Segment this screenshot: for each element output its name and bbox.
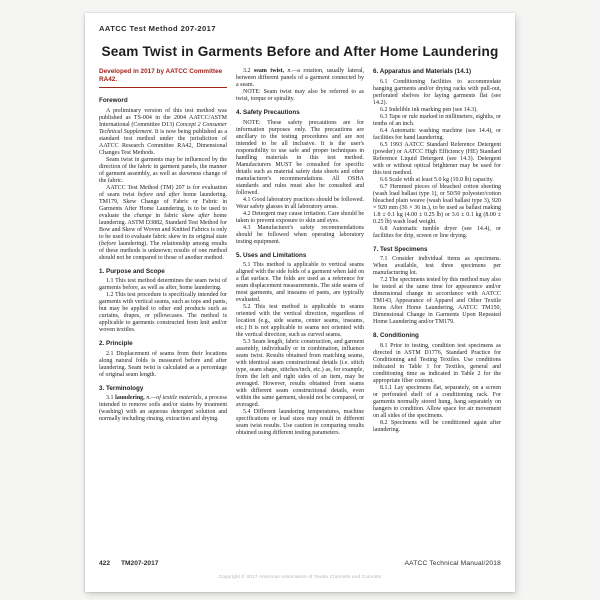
text-run: 2.1 Displacement of seams from their loc… [99,351,227,378]
text-run: 2. Principle [99,340,133,347]
paragraph: 5.4 Different laundering temperatures, m… [236,409,364,437]
document-header: AATCC Test Method 207-2017 [99,24,501,33]
paragraph: 6.3 Tape or rule marked in millimeters, … [373,114,501,128]
text-run: 5.4 Different laundering temperatures, m… [236,409,364,436]
text-run: 6.4 Automatic washing machine (see 14.4)… [373,128,501,141]
section-heading: Foreword [99,97,227,104]
column-1: Developed in 2017 by AATCC Committee RA4… [99,68,227,437]
text-run: 5. Uses and Limitations [236,252,306,259]
paragraph: 6.2 Indelible ink marking pen (see 14.3)… [373,107,501,114]
text-run: 6.6 Scale with at least 5.0 kg (10.0 lb)… [380,177,494,183]
section-heading: 3. Terminology [99,385,227,392]
text-run: 1.1 This test method determines the seam… [99,278,227,291]
text-run: 3.1 [106,395,115,401]
text-run: 6.1 Conditioning facilities to accommoda… [373,79,501,106]
paragraph: 1.2 This test procedure is specifically … [99,292,227,334]
paragraph: 7.2 The specimens tested by this method … [373,277,501,326]
paragraph: 6.5 1993 AATCC Standard Reference Deterg… [373,142,501,177]
paragraph: 8.2 Specimens will be conditioned again … [373,420,501,434]
text-run: 4.1 Good laboratory practices should be … [236,197,364,210]
text-run: 4.2 Detergent may cause irritation. Care… [236,211,364,224]
paragraph: 6.1 Conditioning facilities to accommoda… [373,79,501,107]
text-run: 8.2 Specimens will be conditioned again … [373,420,501,433]
paragraph: 2.1 Displacement of seams from their loc… [99,351,227,379]
text-run: 7. Test Specimens [373,246,427,253]
text-run: 1. Purpose and Scope [99,268,165,275]
section-heading: 7. Test Specimens [373,246,501,253]
text-run: 5.3 Seam length, fabric construction, an… [236,339,364,408]
copyright-line: Copyright © 2017 American Association of… [85,574,515,579]
paragraph: 5.1 This method is applicable to vertica… [236,262,364,304]
text-run: in fabric skew [152,213,199,219]
developed-by-notice: Developed in 2017 by AATCC Committee RA4… [99,68,227,88]
text-run: after [198,213,209,219]
section-heading: 4. Safety Precautions [236,109,364,116]
text-run: before [101,241,116,247]
paragraph: 4.1 Good laboratory practices should be … [236,197,364,211]
text-run: 3. Terminology [99,385,143,392]
paragraph: 7.1 Consider individual items as specime… [373,256,501,277]
text-run: 5.2 This test method is applicable to se… [236,304,364,338]
paragraph: 3.1 laundering, n.—of textile materials,… [99,395,227,423]
text-run: 4. Safety Precautions [236,109,300,116]
text-run: 1.2 This test procedure is specifically … [99,292,227,333]
paragraph: 5.3 Seam length, fabric construction, an… [236,339,364,409]
paragraph: 3.2 seam twist, n.—a rotation, usually l… [236,68,364,89]
page-number: 422 [99,560,110,567]
paragraph: 6.6 Scale with at least 5.0 kg (10.0 lb)… [373,177,501,184]
paragraph: 6.7 Hemmed pieces of bleached cotton she… [373,184,501,226]
paragraph: 4.2 Detergent may cause irritation. Care… [236,211,364,225]
paragraph: 8.1.1 Lay specimens flat, separately, on… [373,385,501,420]
paragraph: 1.1 This test method determines the seam… [99,278,227,292]
footer-left: 422 TM207-2017 [99,560,158,567]
text-run: 6.3 Tape or rule marked in millimeters, … [373,114,501,127]
text-run: 4.3 Manufacturer's safety recommendation… [236,225,364,245]
text-run: laundering, [115,395,145,401]
column-3: 6. Apparatus and Materials (14.1)6.1 Con… [373,68,501,437]
text-run: 8.1 Prior to testing, condition test spe… [373,343,501,384]
section-heading: 2. Principle [99,340,227,347]
section-heading: 6. Apparatus and Materials (14.1) [373,68,501,75]
text-run: Seam twist in garments may be influenced… [99,157,227,184]
document-page: AATCC Test Method 207-2017 Seam Twist in… [85,13,515,592]
text-run: before and after [138,192,180,198]
text-run: seam twist, [254,68,284,74]
paragraph: 5.2 This test method is applicable to se… [236,304,364,339]
text-run: 6.8 Automatic tumble dryer (see 14.4), o… [373,226,501,239]
paragraph: NOTE: These safety precautions are for i… [236,120,364,197]
doc-code: TM207-2017 [121,560,158,567]
text-run: 6.7 Hemmed pieces of bleached cotton she… [373,184,501,225]
text-run: 6.2 Indelible ink marking pen (see 14.3)… [380,107,478,113]
page-footer: 422 TM207-2017 AATCC Technical Manual/20… [99,560,501,567]
paragraph: 4.3 Manufacturer's safety recommendation… [236,225,364,246]
text-run: 8. Conditioning [373,332,419,339]
text-run: 6.5 1993 AATCC Standard Reference Deterg… [373,142,501,176]
paragraph: 6.8 Automatic tumble dryer (see 14.4), o… [373,226,501,240]
screenshot-canvas: AATCC Test Method 207-2017 Seam Twist in… [0,0,600,600]
text-run: change [134,213,151,219]
section-heading: 1. Purpose and Scope [99,268,227,275]
paragraph: AATCC Test Method (TM) 207 is for evalua… [99,185,227,262]
section-heading: 8. Conditioning [373,332,501,339]
paragraph: NOTE: Seam twist may also be referred to… [236,89,364,103]
text-run: 6. Apparatus and Materials (14.1) [373,68,471,75]
paragraph: A preliminary version of this test metho… [99,108,227,157]
column-2: 3.2 seam twist, n.—a rotation, usually l… [236,68,364,437]
text-run: 5.1 This method is applicable to vertica… [236,262,364,303]
text-run: laundering). The relationship among resu… [99,241,227,261]
text-run: 3.2 [243,68,254,74]
text-run: 8.1.1 Lay specimens flat, separately, on… [373,385,501,419]
page-title: Seam Twist in Garments Before and After … [99,44,501,59]
text-run: 7.2 The specimens tested by this method … [373,277,501,325]
section-heading: 5. Uses and Limitations [236,252,364,259]
paragraph: 8.1 Prior to testing, condition test spe… [373,343,501,385]
text-run: 7.1 Consider individual items as specime… [373,256,501,276]
text-run: NOTE: These safety precautions are for i… [236,120,364,196]
text-run: n.—of textile materials, [146,395,203,401]
text-run: n.— [287,68,297,74]
text-columns: Developed in 2017 by AATCC Committee RA4… [99,68,501,437]
text-run: NOTE: Seam twist may also be referred to… [236,89,364,102]
text-run: Foreword [99,97,128,104]
paragraph: 6.4 Automatic washing machine (see 14.4)… [373,128,501,142]
manual-edition: AATCC Technical Manual/2018 [405,560,501,567]
paragraph: Seam twist in garments may be influenced… [99,157,227,185]
